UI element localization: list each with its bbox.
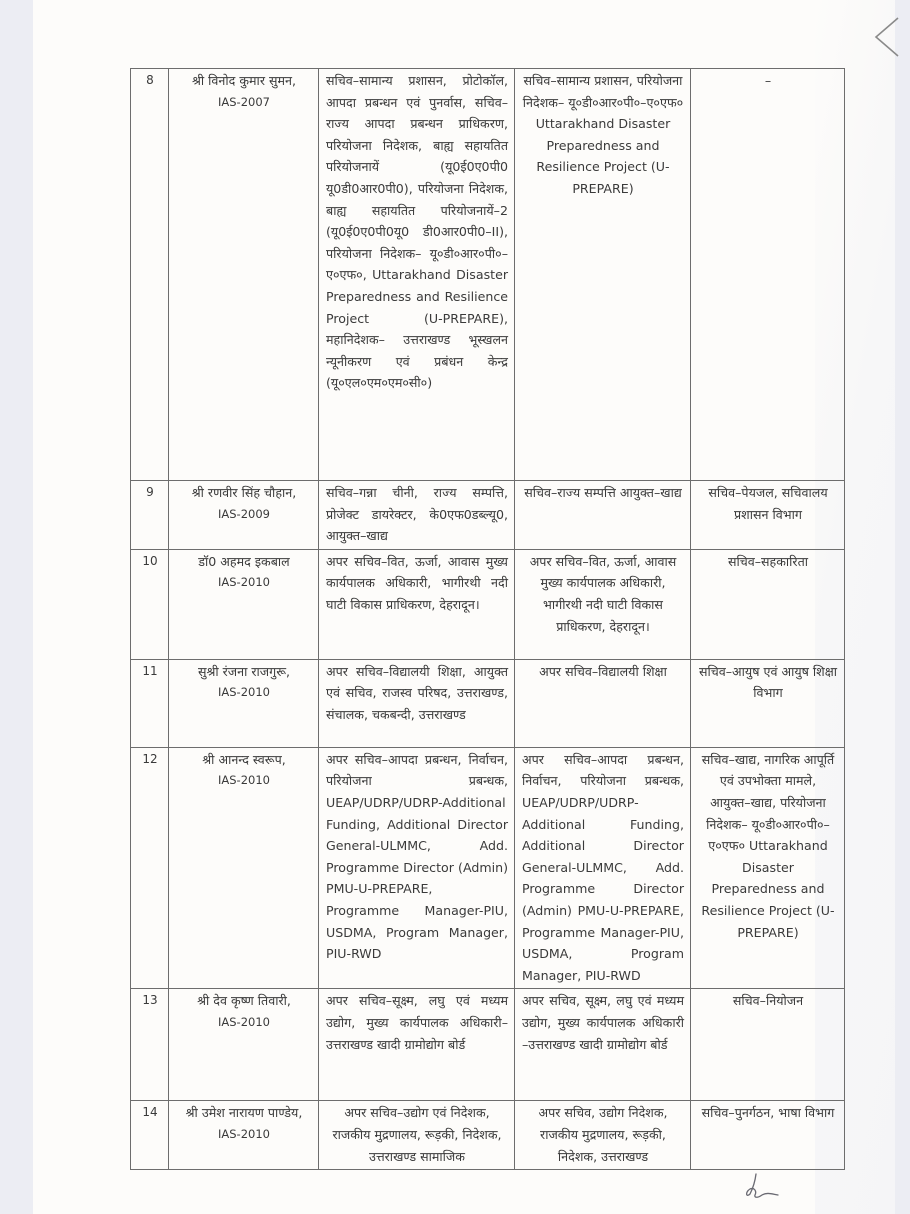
serial-number: 11 xyxy=(131,659,169,747)
table-row: 12 श्री आनन्द स्वरूप, IAS-2010 अपर सचिव–… xyxy=(131,747,845,989)
current-posts-cell: अपर सचिव–सूक्ष्म, लघु एवं मध्यम उद्योग, … xyxy=(319,989,515,1101)
retained-posts-cell: अपर सचिव, सूक्ष्म, लघु एवं मध्यम उद्योग,… xyxy=(515,989,691,1101)
signature-mark xyxy=(742,1168,782,1202)
officer-name-cell: श्री रणवीर सिंह चौहान, IAS-2009 xyxy=(169,481,319,550)
officer-service-batch: IAS-2010 xyxy=(176,770,312,792)
current-posts-cell: अपर सचिव–आपदा प्रबन्धन, निर्वाचन, परियोज… xyxy=(319,747,515,989)
officer-name: श्री विनोद कुमार सुमन, xyxy=(192,73,296,88)
chevron-left-icon[interactable] xyxy=(872,14,902,60)
new-posts-cell: सचिव–सहकारिता xyxy=(691,549,845,659)
retained-posts-cell: अपर सचिव–वित, ऊर्जा, आवास मुख्य कार्यपाल… xyxy=(515,549,691,659)
serial-number: 9 xyxy=(131,481,169,550)
table-row: 13 श्री देव कृष्ण तिवारी, IAS-2010 अपर स… xyxy=(131,989,845,1101)
officer-name-cell: डॉ0 अहमद इकबाल IAS-2010 xyxy=(169,549,319,659)
new-posts-cell: सचिव–खाद्य, नागरिक आपूर्ति एवं उपभोक्ता … xyxy=(691,747,845,989)
new-posts-cell: – xyxy=(691,69,845,481)
current-posts-cell: अपर सचिव–विद्यालयी शिक्षा, आयुक्त एवं सच… xyxy=(319,659,515,747)
new-posts-cell: सचिव–पुनर्गठन, भाषा विभाग xyxy=(691,1101,845,1170)
table-row: 9 श्री रणवीर सिंह चौहान, IAS-2009 सचिव–ग… xyxy=(131,481,845,550)
new-posts-cell: सचिव–आयुष एवं आयुष शिक्षा विभाग xyxy=(691,659,845,747)
retained-posts-cell: सचिव–सामान्य प्रशासन, परियोजना निदेशक– य… xyxy=(515,69,691,481)
officer-service-batch: IAS-2007 xyxy=(176,92,312,114)
officer-name-cell: श्री उमेश नारायण पाण्डेय, IAS-2010 xyxy=(169,1101,319,1170)
new-posts-cell: सचिव–नियोजन xyxy=(691,989,845,1101)
officer-service-batch: IAS-2010 xyxy=(176,572,312,594)
officer-transfer-table: 8 श्री विनोद कुमार सुमन, IAS-2007 सचिव–स… xyxy=(130,68,845,1170)
table-row: 8 श्री विनोद कुमार सुमन, IAS-2007 सचिव–स… xyxy=(131,69,845,481)
serial-number: 13 xyxy=(131,989,169,1101)
current-posts-cell: सचिव–गन्ना चीनी, राज्य सम्पत्ति, प्रोजेक… xyxy=(319,481,515,550)
officer-name: सुश्री रंजना राजगुरू, xyxy=(198,664,290,679)
retained-posts-cell: सचिव–राज्य सम्पत्ति आयुक्त–खाद्य xyxy=(515,481,691,550)
table-row: 14 श्री उमेश नारायण पाण्डेय, IAS-2010 अप… xyxy=(131,1101,845,1170)
serial-number: 8 xyxy=(131,69,169,481)
serial-number: 14 xyxy=(131,1101,169,1170)
officer-name: श्री देव कृष्ण तिवारी, xyxy=(197,993,291,1008)
officer-name: श्री उमेश नारायण पाण्डेय, xyxy=(186,1105,303,1120)
current-posts-cell: अपर सचिव–उद्योग एवं निदेशक, राजकीय मुद्र… xyxy=(319,1101,515,1170)
new-posts-cell: सचिव–पेयजल, सचिवालय प्रशासन विभाग xyxy=(691,481,845,550)
table-row: 11 सुश्री रंजना राजगुरू, IAS-2010 अपर सच… xyxy=(131,659,845,747)
table-row: 10 डॉ0 अहमद इकबाल IAS-2010 अपर सचिव–वित,… xyxy=(131,549,845,659)
current-posts-cell: अपर सचिव–वित, ऊर्जा, आवास मुख्य कार्यपाल… xyxy=(319,549,515,659)
officer-name: श्री आनन्द स्वरूप, xyxy=(202,752,285,767)
serial-number: 10 xyxy=(131,549,169,659)
current-posts-cell: सचिव–सामान्य प्रशासन, प्रोटोकॉल, आपदा प्… xyxy=(319,69,515,481)
officer-name: डॉ0 अहमद इकबाल xyxy=(198,554,289,569)
retained-posts-cell: अपर सचिव–विद्यालयी शिक्षा xyxy=(515,659,691,747)
officer-name-cell: श्री आनन्द स्वरूप, IAS-2010 xyxy=(169,747,319,989)
officer-service-batch: IAS-2010 xyxy=(176,682,312,704)
officer-service-batch: IAS-2010 xyxy=(176,1124,312,1146)
officer-service-batch: IAS-2009 xyxy=(176,504,312,526)
officer-name-cell: सुश्री रंजना राजगुरू, IAS-2010 xyxy=(169,659,319,747)
officer-name-cell: श्री देव कृष्ण तिवारी, IAS-2010 xyxy=(169,989,319,1101)
officer-name-cell: श्री विनोद कुमार सुमन, IAS-2007 xyxy=(169,69,319,481)
officer-name: श्री रणवीर सिंह चौहान, xyxy=(192,485,297,500)
retained-posts-cell: अपर सचिव, उद्योग निदेशक, राजकीय मुद्रणाल… xyxy=(515,1101,691,1170)
retained-posts-cell: अपर सचिव–आपदा प्रबन्धन, निर्वाचन, परियोज… xyxy=(515,747,691,989)
officer-service-batch: IAS-2010 xyxy=(176,1012,312,1034)
serial-number: 12 xyxy=(131,747,169,989)
